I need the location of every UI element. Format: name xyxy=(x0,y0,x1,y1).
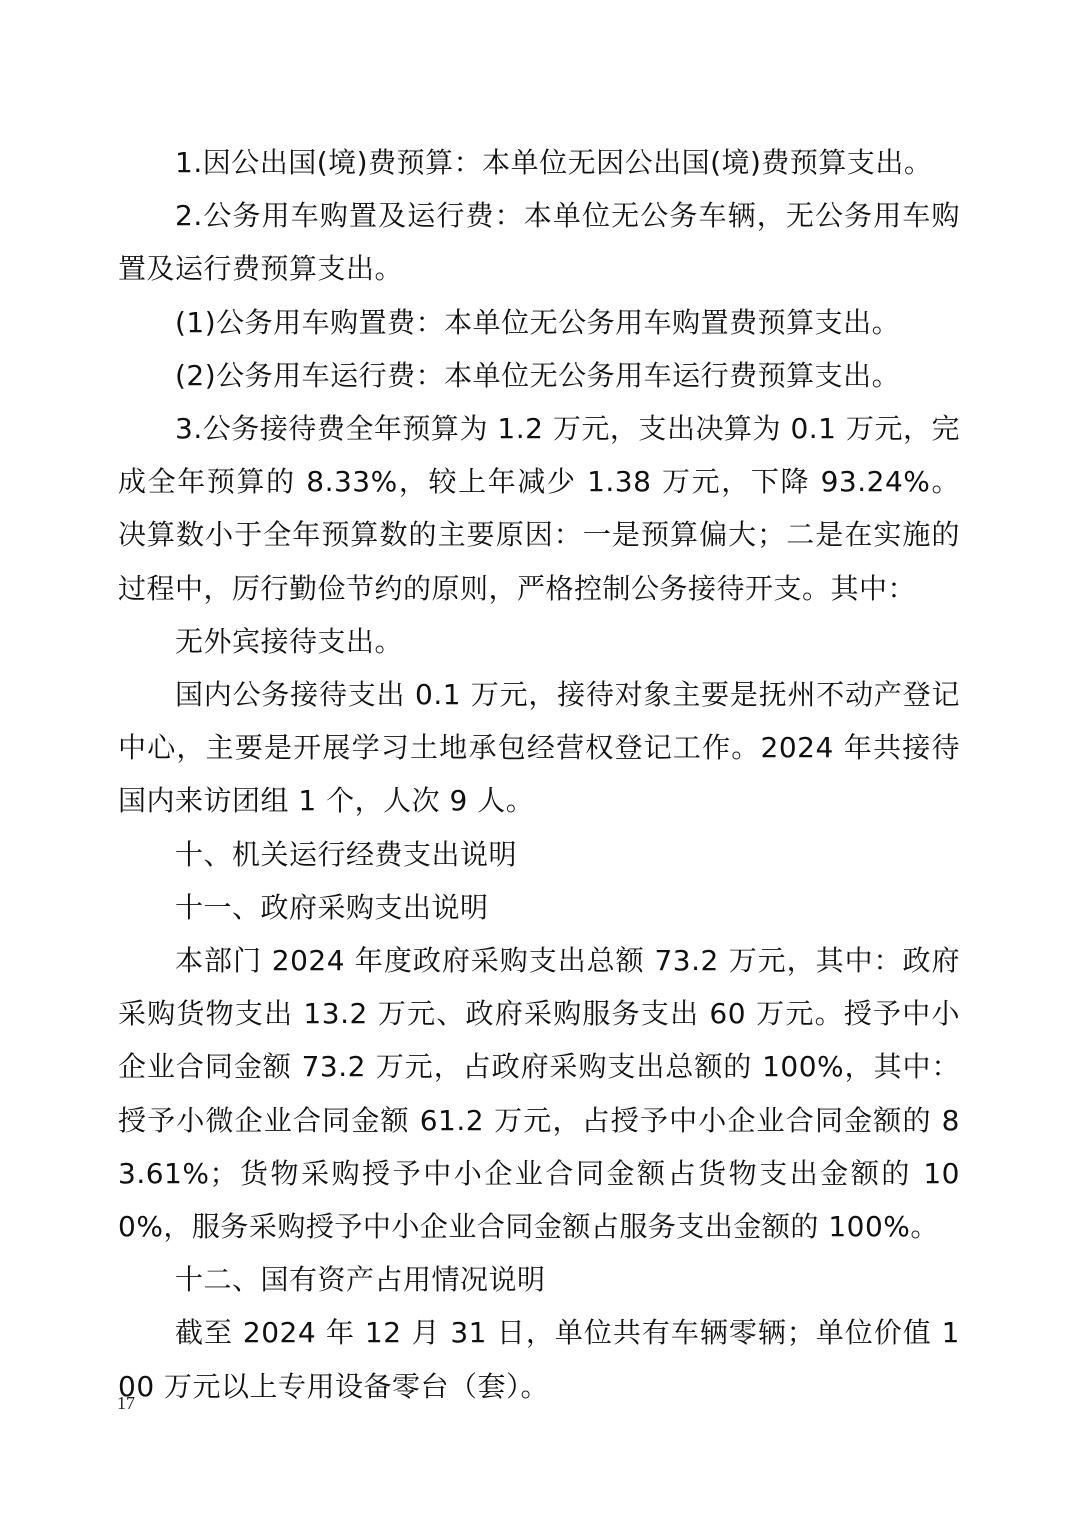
paragraph-vehicle-operation-fee: (2)公务用车运行费：本单位无公务用车运行费预算支出。 xyxy=(118,349,960,402)
paragraph-state-assets-details: 截至 2024 年 12 月 31 日，单位共有车辆零辆；单位价值 100 万元… xyxy=(118,1306,960,1412)
section-heading-operating-expenses: 十、机关运行经费支出说明 xyxy=(118,828,960,881)
paragraph-foreign-guest-reception: 无外宾接待支出。 xyxy=(118,615,960,668)
paragraph-official-vehicle-expenses: 2.公务用车购置及运行费：本单位无公务车辆，无公务用车购置及运行费预算支出。 xyxy=(118,189,960,295)
section-heading-government-procurement: 十一、政府采购支出说明 xyxy=(118,881,960,934)
paragraph-procurement-details: 本部门 2024 年度政府采购支出总额 73.2 万元，其中：政府采购货物支出 … xyxy=(118,934,960,1253)
paragraph-domestic-reception: 国内公务接待支出 0.1 万元，接待对象主要是抚州不动产登记中心，主要是开展学习… xyxy=(118,668,960,828)
paragraph-vehicle-purchase-fee: (1)公务用车购置费：本单位无公务用车购置费预算支出。 xyxy=(118,296,960,349)
paragraph-overseas-travel-budget: 1.因公出国(境)费预算：本单位无因公出国(境)费预算支出。 xyxy=(118,136,960,189)
page-number: 17 xyxy=(117,1393,135,1414)
section-heading-state-assets: 十二、国有资产占用情况说明 xyxy=(118,1253,960,1306)
document-page: 1.因公出国(境)费预算：本单位无因公出国(境)费预算支出。 2.公务用车购置及… xyxy=(118,136,960,1413)
paragraph-reception-expenses: 3.公务接待费全年预算为 1.2 万元，支出决算为 0.1 万元，完成全年预算的… xyxy=(118,402,960,615)
